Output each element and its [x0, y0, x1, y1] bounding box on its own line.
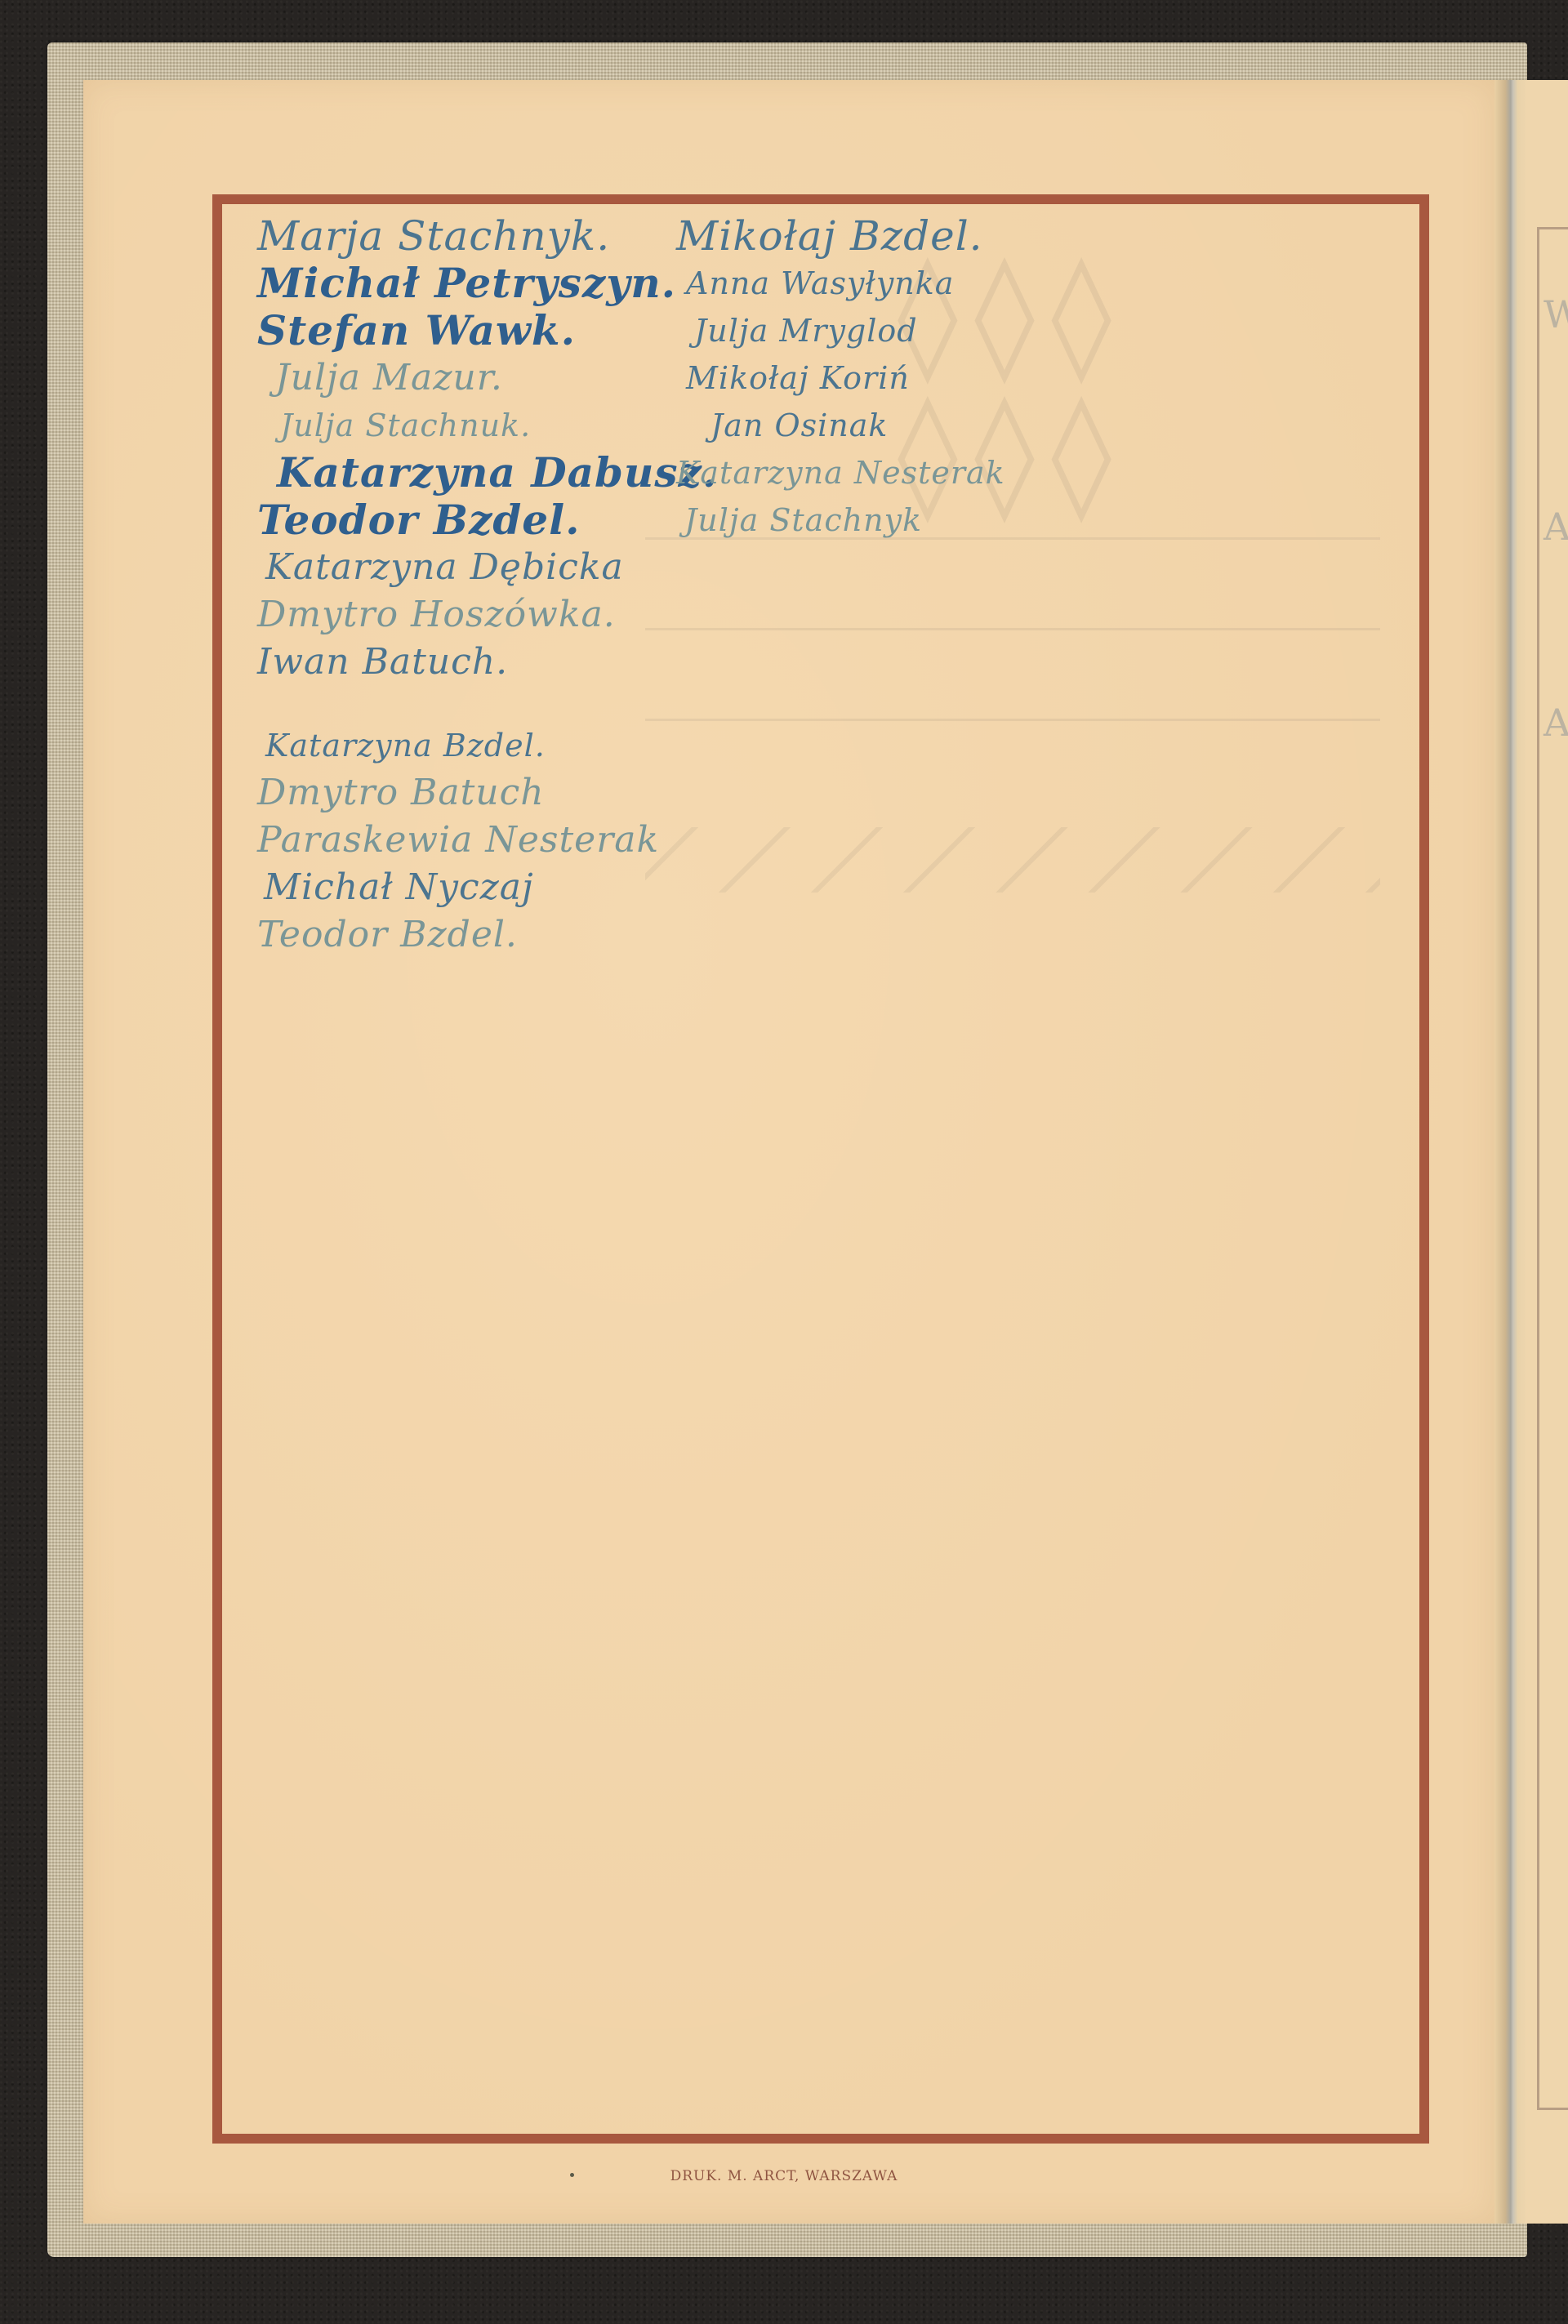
signature: Mikołaj Bzdel. [676, 212, 1005, 260]
signature: Michał Nyczaj [257, 864, 717, 911]
signature: Julja Mazur. [257, 354, 717, 402]
facing-page-ornament: A [1543, 505, 1568, 549]
signature: Teodor Bzdel. [257, 496, 717, 544]
signature: Iwan Batuch. [257, 639, 717, 686]
signature: Katarzyna Bzdel. [257, 722, 717, 769]
signature: Jan Osinak [676, 402, 1005, 449]
signature: Teodor Bzdel. [257, 911, 717, 959]
facing-page-ornament: W [1543, 292, 1568, 336]
signature: Dmytro Batuch [257, 769, 717, 817]
signature: Dmytro Hoszówka. [257, 591, 717, 639]
signatures-left-column: Marja Stachnyk. Michał Petryszyn. Stefan… [257, 212, 717, 959]
signature: Marja Stachnyk. [257, 212, 717, 260]
printer-imprint: DRUK. M. ARCT, WARSZAWA [0, 2168, 1568, 2184]
signature: Katarzyna Dębicka [257, 544, 717, 591]
spacer [257, 686, 717, 722]
ink-speck [570, 2173, 574, 2177]
signature: Julja Stachnuk. [257, 402, 717, 449]
printer-imprint-text: DRUK. M. ARCT, WARSZAWA [670, 2168, 898, 2184]
signature: Michał Petryszyn. [257, 260, 717, 307]
signature: Katarzyna Dabusz. [257, 449, 717, 496]
signature: Julja Mryglod [676, 307, 1005, 354]
signature: Julja Stachnyk [676, 496, 1005, 544]
facing-page-edge: W A A [1526, 80, 1568, 2224]
signatures-right-column: Mikołaj Bzdel. Anna Wasyłynka Julja Mryg… [676, 212, 1005, 544]
signature: Mikołaj Koriń [676, 354, 1005, 402]
signature: Anna Wasyłynka [676, 260, 1005, 307]
book-gutter [1494, 80, 1526, 2224]
signature: Katarzyna Nesterak [676, 449, 1005, 496]
facing-page-ornament: A [1543, 701, 1568, 745]
signature: Paraskewia Nesterak [257, 817, 717, 864]
signature: Stefan Wawk. [257, 307, 717, 354]
